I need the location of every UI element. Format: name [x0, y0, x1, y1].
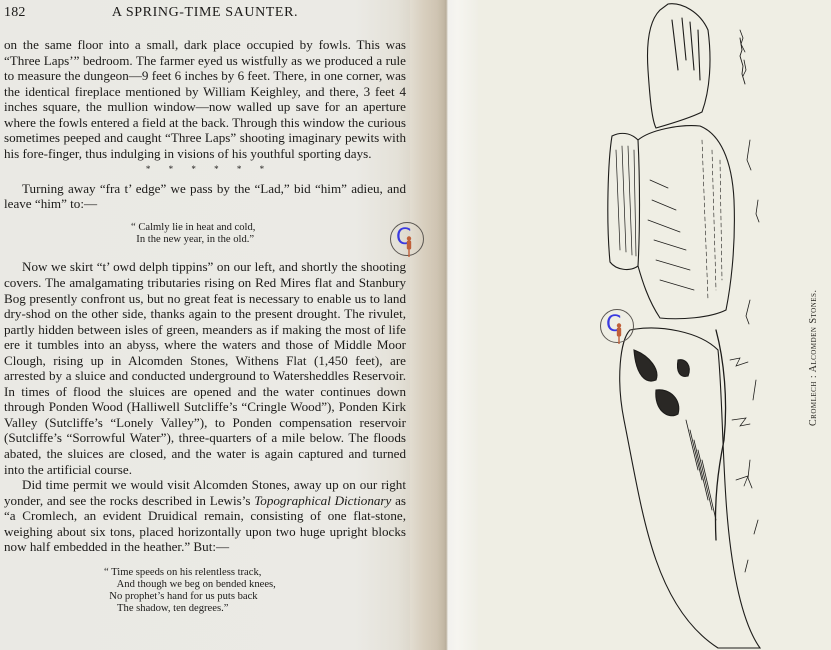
- person-figure-icon: [406, 236, 412, 258]
- verse-line: In the new year, in the old.”: [131, 234, 406, 246]
- book-title-italic: Topographical Dictionary: [254, 493, 391, 508]
- book-gutter: [410, 0, 478, 650]
- book-spread: 182 A SPRING-TIME SAUNTER. on the same f…: [0, 0, 831, 650]
- annotation-marker-right[interactable]: C: [600, 309, 634, 343]
- body-text: on the same floor into a small, dark pla…: [4, 37, 406, 629]
- paragraph-1: on the same floor into a small, dark pla…: [4, 37, 406, 161]
- paragraph-2: Turning away “fra t’ edge” we pass by th…: [4, 181, 406, 212]
- verse-line: And though we beg on bended knees,: [104, 579, 406, 591]
- left-page: 182 A SPRING-TIME SAUNTER. on the same f…: [0, 0, 418, 650]
- person-figure-icon: [616, 323, 622, 345]
- verse-line: “ Calmly lie in heat and cold,: [131, 222, 406, 234]
- verse-quote-1: “ Calmly lie in heat and cold, In the ne…: [4, 222, 406, 246]
- paragraph-3: Now we skirt “t’ owd delph tippins” on o…: [4, 259, 406, 477]
- verse-line: The shadow, ten degrees.”: [104, 603, 406, 615]
- illustration-caption: Cromlech : Alcomden Stones.: [808, 248, 824, 468]
- verse-line: “ Time speeds on his relentless track,: [104, 567, 406, 579]
- running-head-title: A SPRING-TIME SAUNTER.: [4, 5, 406, 21]
- annotation-marker-left[interactable]: C: [390, 222, 424, 256]
- verse-quote-2: “ Time speeds on his relentless track, A…: [4, 567, 406, 616]
- section-break-asterisms: * * * * * *: [4, 162, 406, 178]
- paragraph-4: Did time permit we would visit Alcomden …: [4, 477, 406, 555]
- running-head: 182 A SPRING-TIME SAUNTER.: [4, 5, 406, 23]
- verse-line: No prophet’s hand for us puts back: [104, 591, 406, 603]
